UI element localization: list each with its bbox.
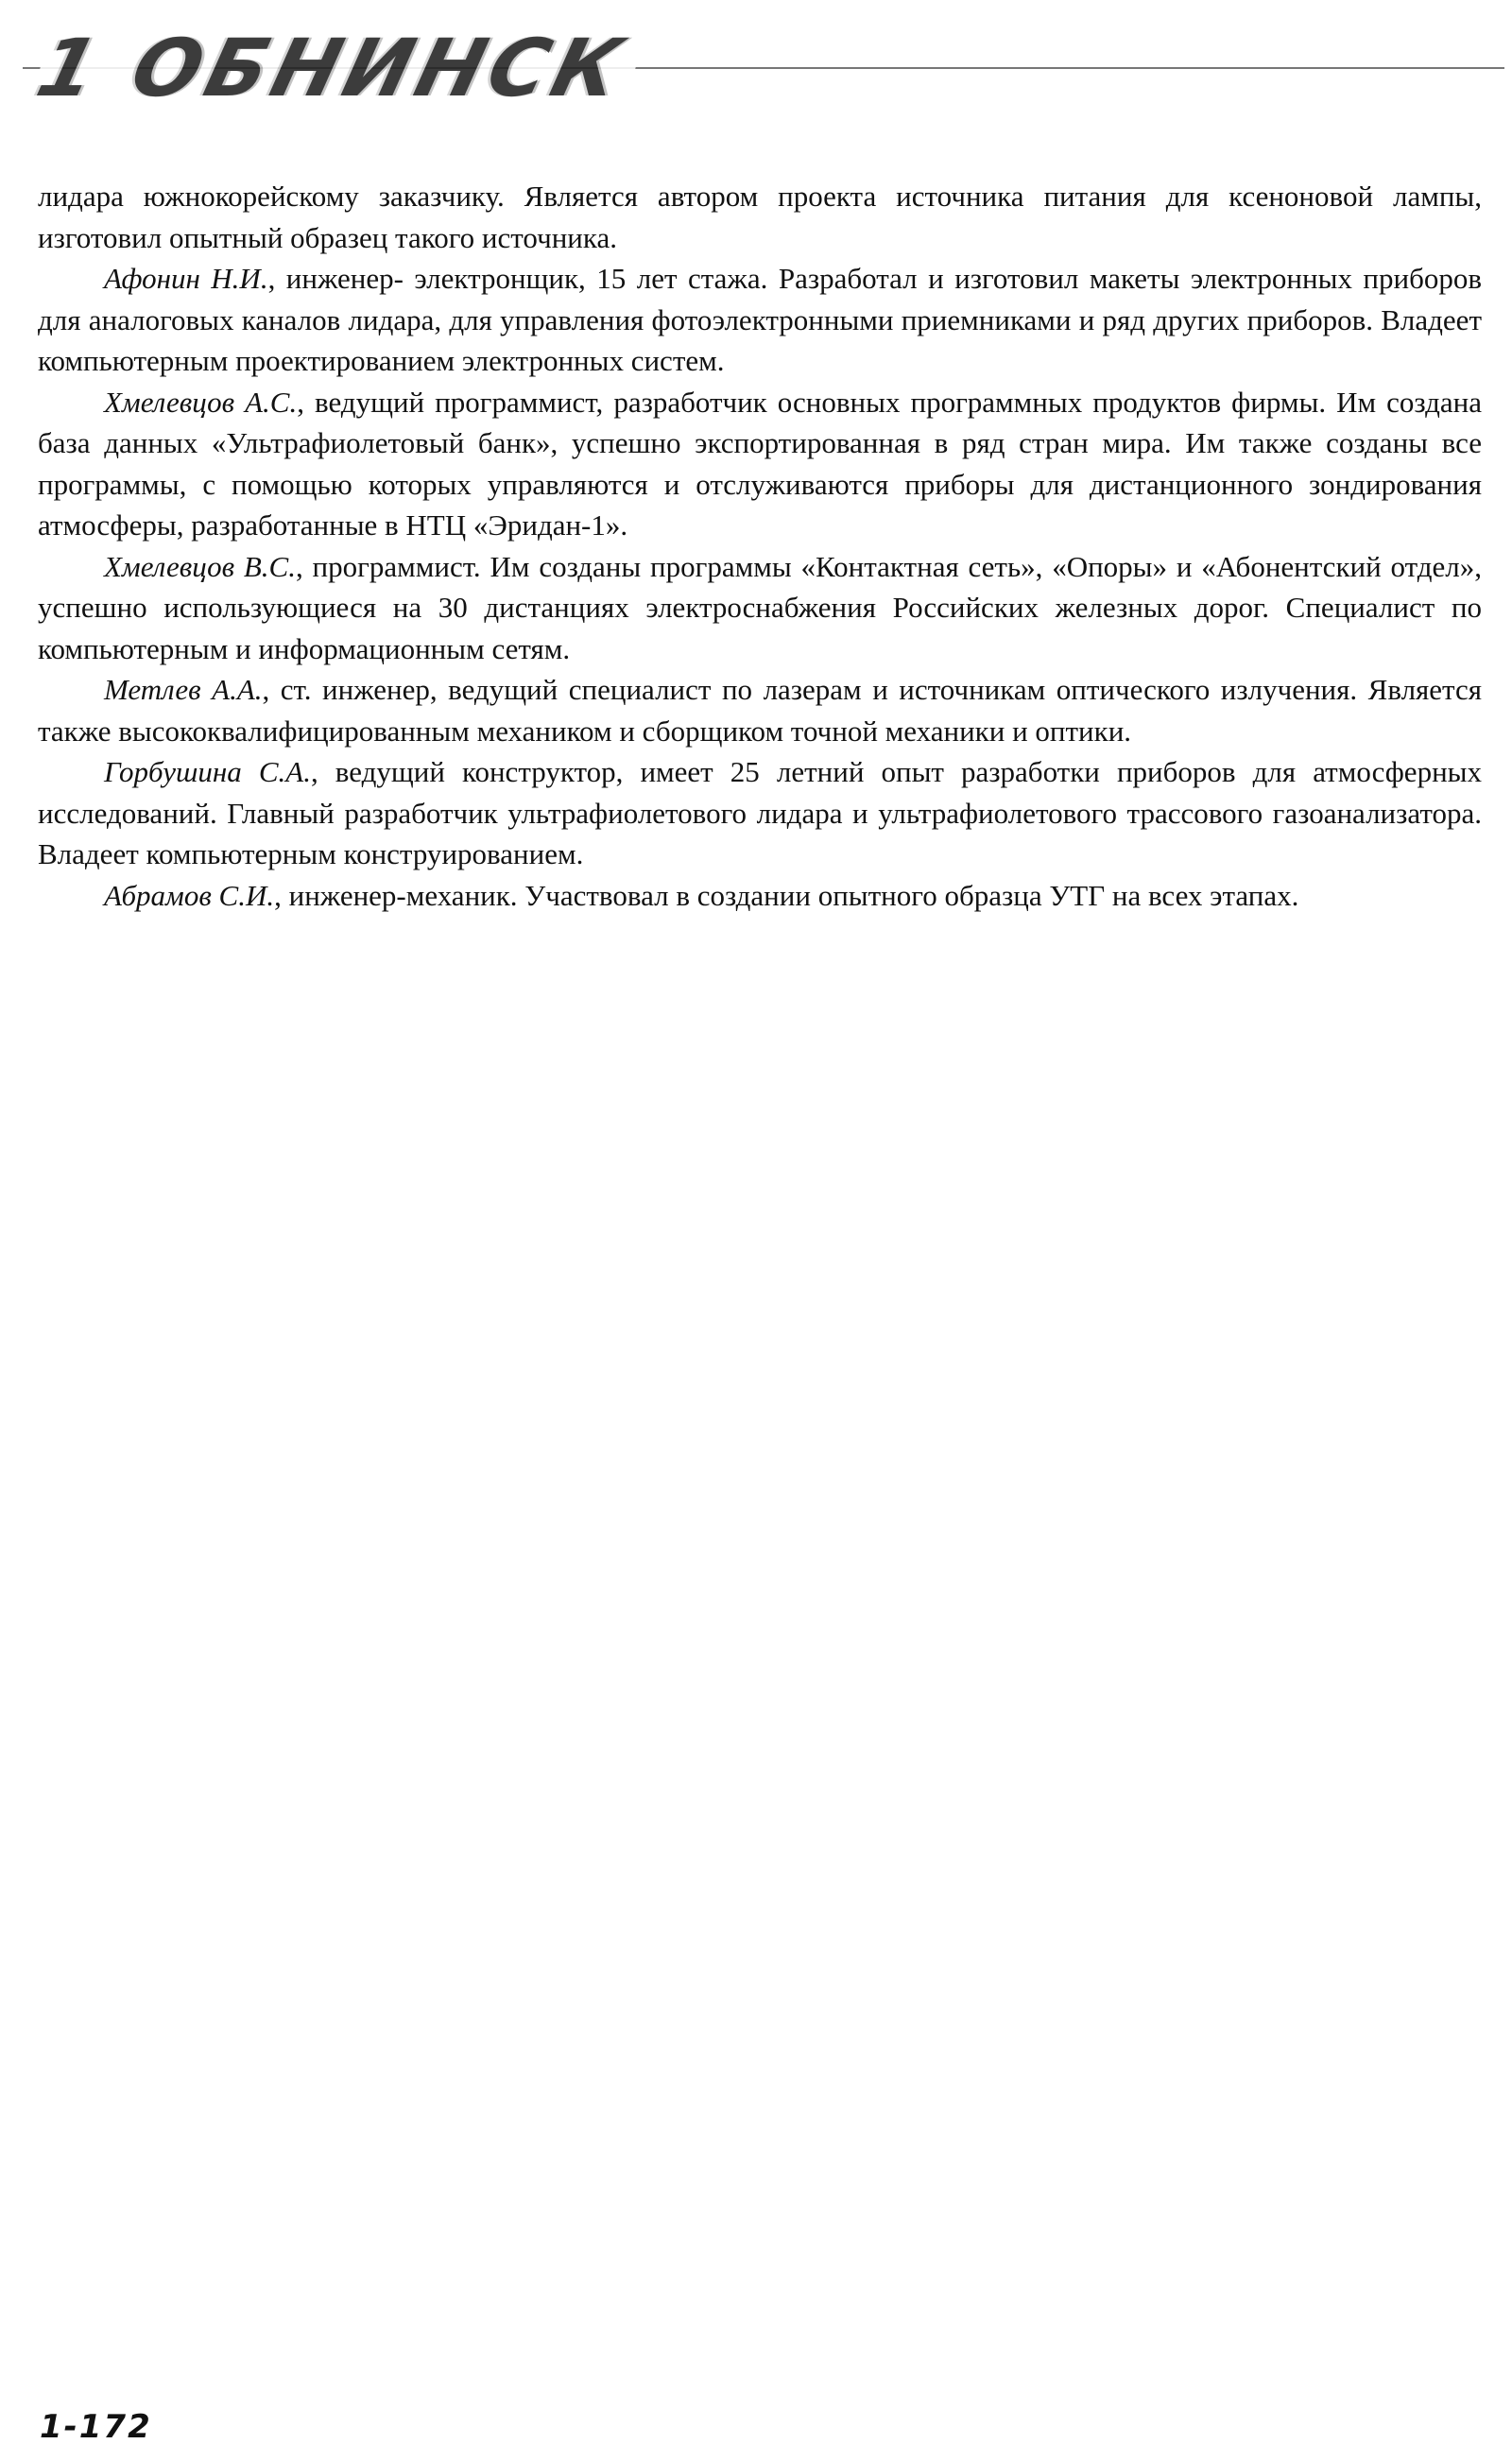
paragraph-metlev: Метлев А.А., ст. инженер, ведущий специа… [38,669,1482,751]
person-name: Хмелевцов А.С. [104,386,297,419]
person-name: Хмелевцов В.С. [104,550,296,583]
paragraph-continuation: лидара южнокорейскому заказчику. Являетс… [38,176,1482,258]
paragraph-text: лидара южнокорейскому заказчику. Являетс… [38,180,1482,254]
person-name: Афонин Н.И. [104,262,268,295]
section-title: 1 ОБНИНСК [28,21,647,115]
person-name: Метлев А.А. [104,673,263,706]
paragraph-khmelevtsov-as: Хмелевцов А.С., ведущий программист, раз… [38,382,1482,546]
paragraph-khmelevtsov-vs: Хмелевцов В.С., программист. Им созданы … [38,546,1482,670]
paragraph-abramov: Абрамов С.И., инженер-механик. Участвова… [38,875,1482,917]
paragraph-text: , инженер-механик. Участвовал в создании… [274,879,1298,912]
page-header: 1 ОБНИНСК [0,0,1512,132]
page-number: 1-172 [40,2408,152,2446]
person-name: Абрамов С.И. [104,879,274,912]
person-name: Горбушина С.А. [104,755,311,788]
paragraph-afonin: Афонин Н.И., инженер- электронщик, 15 ле… [38,258,1482,382]
body-text: лидара южнокорейскому заказчику. Являетс… [38,176,1482,916]
paragraph-gorbushina: Горбушина С.А., ведущий конструктор, име… [38,751,1482,875]
